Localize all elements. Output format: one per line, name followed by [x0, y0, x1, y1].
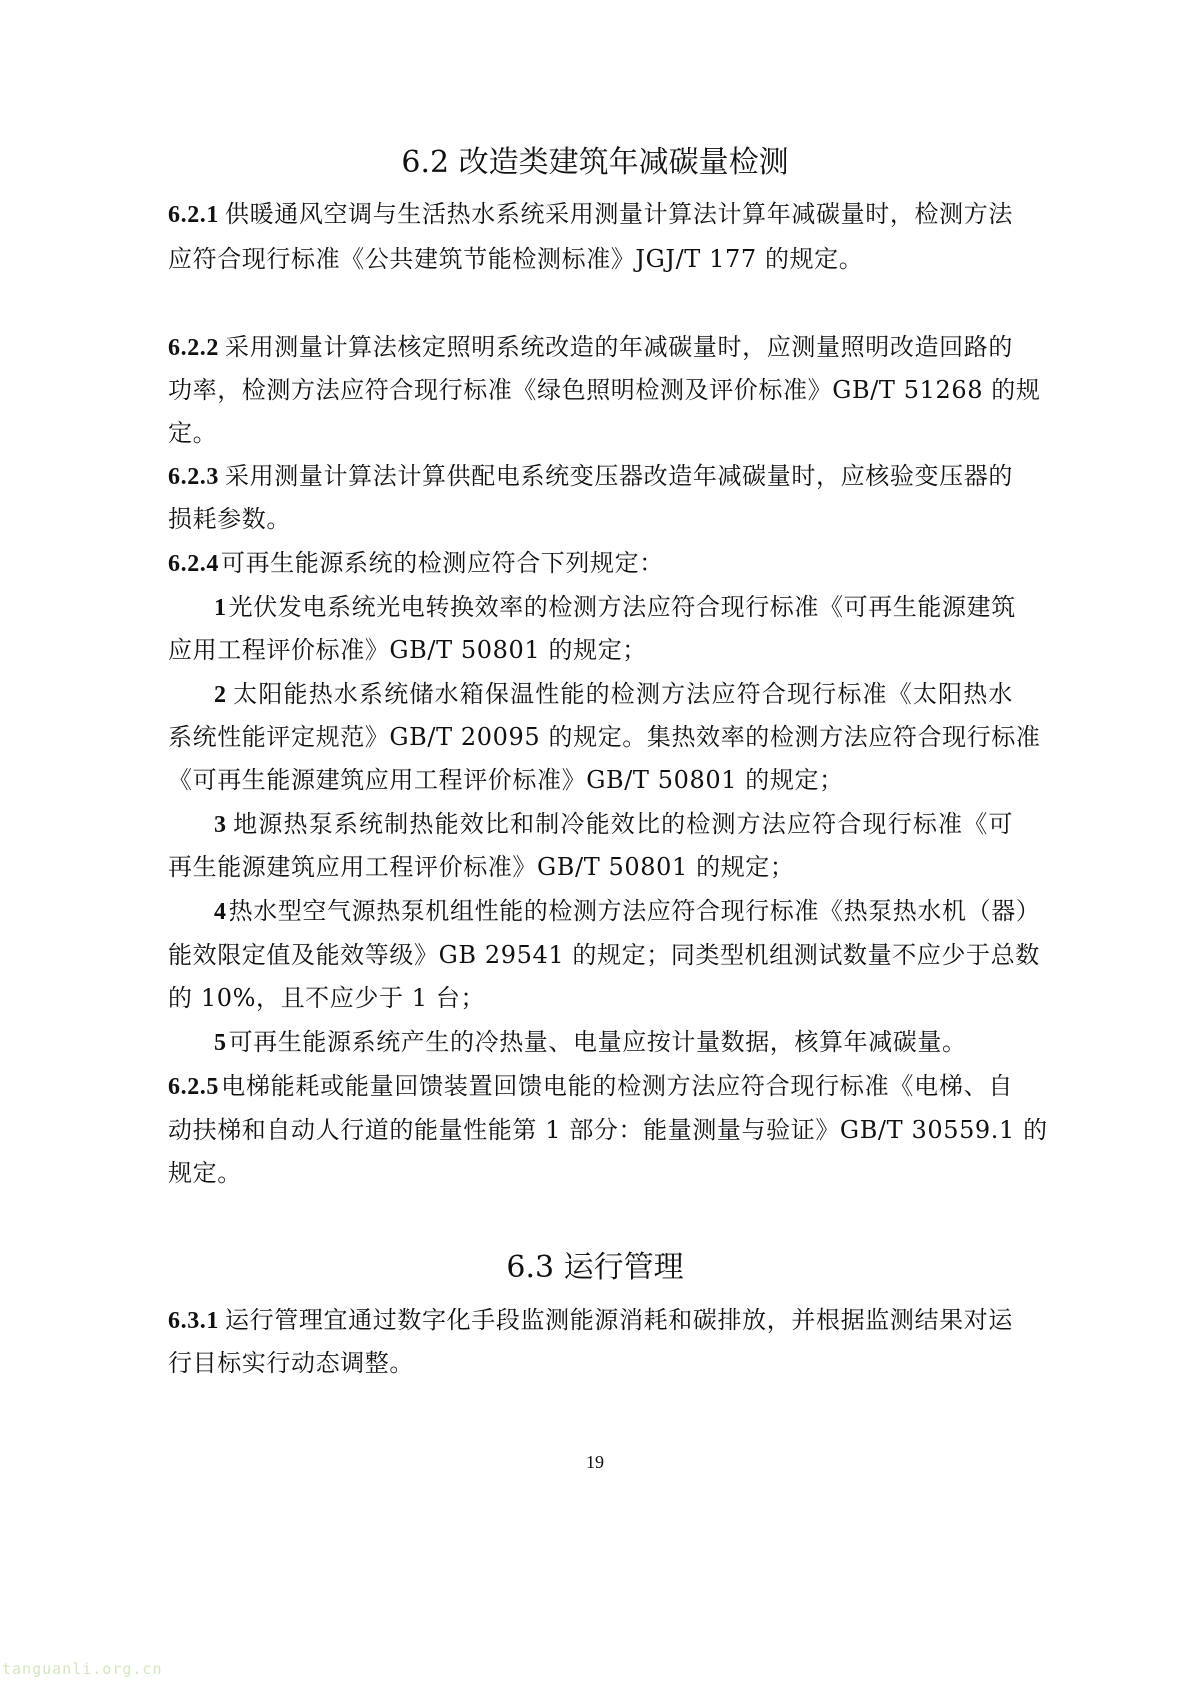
- item-4-line-1: 4热水型空气源热泵机组性能的检测方法应符合现行标准《热泵热水机（器）: [214, 895, 1013, 928]
- clause-6-2-1-line-1: 6.2.1供暖通风空调与生活热水系统采用测量计算法计算年减碳量时，检测方法: [168, 198, 1013, 231]
- clause-number: 6.2.1: [168, 202, 219, 228]
- clause-6-2-4-line-1: 6.2.4可再生能源系统的检测应符合下列规定：: [168, 547, 1013, 580]
- clause-6-2-5-line-3: 规定。: [168, 1157, 1013, 1189]
- item-3-line-2: 再生能源建筑应用工程评价标准》GB/T 50801 的规定；: [168, 851, 1013, 883]
- clause-number: 6.2.3: [168, 464, 219, 490]
- clause-6-2-3-line-1: 6.2.3采用测量计算法计算供配电系统变压器改造年减碳量时，应核验变压器的: [168, 460, 1013, 493]
- item-2-line-1: 2太阳能热水系统储水箱保温性能的检测方法应符合现行标准《太阳热水: [214, 678, 1013, 711]
- item-3-line-1: 3地源热泵系统制热能效比和制冷能效比的检测方法应符合现行标准《可: [214, 808, 1013, 841]
- clause-6-3-1-line-2: 行目标实行动态调整。: [168, 1347, 1013, 1379]
- clause-number: 6.2.2: [168, 335, 219, 361]
- document-page: 6.2 改造类建筑年减碳量检测 6.2.1供暖通风空调与生活热水系统采用测量计算…: [0, 0, 1190, 1683]
- clause-6-2-5-line-2: 动扶梯和自动人行道的能量性能第 1 部分：能量测量与验证》GB/T 30559.…: [168, 1114, 1013, 1146]
- clause-number: 6.3.1: [168, 1308, 219, 1334]
- item-number: 1: [214, 595, 227, 621]
- item-5-line-1: 5可再生能源系统产生的冷热量、电量应按计量数据，核算年减碳量。: [214, 1026, 1013, 1059]
- clause-6-2-2-line-3: 定。: [168, 417, 1013, 449]
- item-number: 4: [214, 899, 227, 925]
- clause-6-2-5-line-1: 6.2.5电梯能耗或能量回馈装置回馈电能的检测方法应符合现行标准《电梯、自: [168, 1070, 1013, 1103]
- page-number: 19: [0, 1452, 1190, 1473]
- watermark: tanguanli.org.cn: [2, 1660, 163, 1678]
- item-1-line-2: 应用工程评价标准》GB/T 50801 的规定；: [168, 634, 1013, 666]
- item-number: 5: [214, 1030, 227, 1056]
- clause-6-2-1-line-2: 应符合现行标准《公共建筑节能检测标准》JGJ/T 177 的规定。: [168, 243, 1013, 275]
- item-4-line-2: 能效限定值及能效等级》GB 29541 的规定；同类型机组测试数量不应少于总数: [168, 939, 1013, 971]
- clause-number: 6.2.4: [168, 551, 219, 577]
- clause-6-2-2-line-1: 6.2.2采用测量计算法核定照明系统改造的年减碳量时，应测量照明改造回路的: [168, 331, 1013, 364]
- item-1-line-1: 1光伏发电系统光电转换效率的检测方法应符合现行标准《可再生能源建筑: [214, 591, 1013, 624]
- item-4-line-3: 的 10%，且不应少于 1 台；: [168, 982, 1013, 1014]
- clause-6-2-2-line-2: 功率，检测方法应符合现行标准《绿色照明检测及评价标准》GB/T 51268 的规: [168, 374, 1013, 406]
- item-2-line-3: 《可再生能源建筑应用工程评价标准》GB/T 50801 的规定；: [168, 764, 1013, 796]
- clause-6-2-3-line-2: 损耗参数。: [168, 503, 1013, 535]
- item-number: 2: [214, 682, 227, 708]
- clause-6-3-1-line-1: 6.3.1运行管理宜通过数字化手段监测能源消耗和碳排放，并根据监测结果对运: [168, 1304, 1013, 1337]
- item-2-line-2: 系统性能评定规范》GB/T 20095 的规定。集热效率的检测方法应符合现行标准: [168, 721, 1013, 753]
- section-title-6-3: 6.3 运行管理: [0, 1248, 1190, 1288]
- item-number: 3: [214, 812, 227, 838]
- section-title-6-2: 6.2 改造类建筑年减碳量检测: [0, 143, 1190, 183]
- clause-number: 6.2.5: [168, 1074, 219, 1100]
